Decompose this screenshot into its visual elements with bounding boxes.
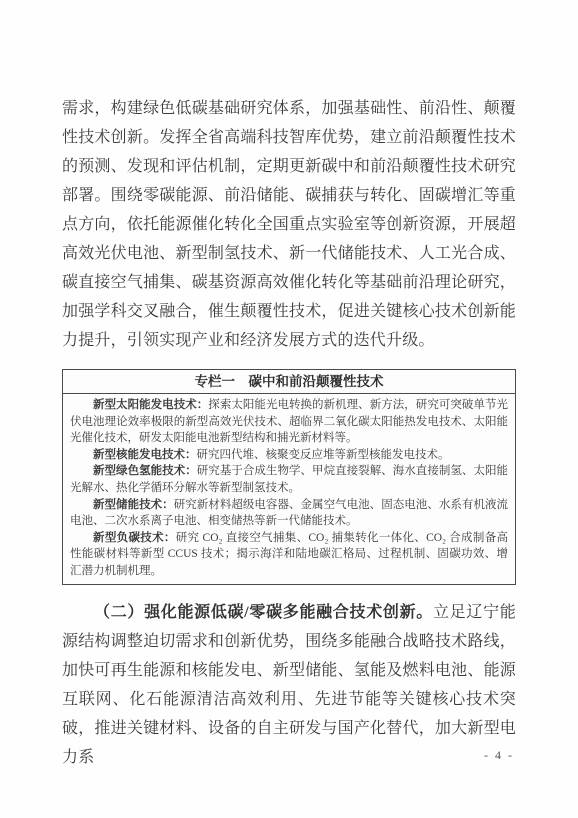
column-box-item-text: 研究四代堆、核聚变反应堆等新型核能发电技术。 — [197, 449, 450, 461]
page-content: 需求，构建绿色低碳基础研究体系，加强基础性、前沿性、颠覆性技术创新。发挥全省高端… — [62, 94, 516, 772]
paragraph-energy-fusion: （二）强化能源低碳/零碳多能融合技术创新。立足辽宁能源结构调整迫切需求和创新优势… — [62, 598, 516, 772]
page-number: - 4 - — [484, 748, 514, 763]
section-body-text: 立足辽宁能源结构调整迫切需求和创新优势，围绕多能融合战略技术路线，加快可再生能源… — [62, 604, 516, 766]
column-box-body: 新型太阳能发电技术：探索太阳能光电转换的新机理、新方法，研究可突破单节光伏电池理… — [63, 394, 515, 584]
column-box-item: 新型负碳技术：研究 CO₂ 直接空气捕集、CO₂ 捕集转化一体化、CO₂ 合成制… — [70, 530, 508, 580]
column-box-item: 新型核能发电技术：研究四代堆、核聚变反应堆等新型核能发电技术。 — [70, 447, 508, 464]
paragraph-green-lowcarbon-research: 需求，构建绿色低碳基础研究体系，加强基础性、前沿性、颠覆性技术创新。发挥全省高端… — [62, 94, 516, 355]
column-box-item-label: 新型绿色氢能技术： — [93, 465, 197, 477]
column-box: 专栏一 碳中和前沿颠覆性技术 新型太阳能发电技术：探索太阳能光电转换的新机理、新… — [62, 369, 516, 585]
column-box-item-label: 新型太阳能发电技术： — [93, 399, 208, 411]
document-page: 需求，构建绿色低碳基础研究体系，加强基础性、前沿性、颠覆性技术创新。发挥全省高端… — [0, 0, 578, 818]
column-box-item-label: 新型核能发电技术： — [93, 449, 197, 461]
column-box-item: 新型绿色氢能技术：研究基于合成生物学、甲烷直接裂解、海水直接制氢、太阳能光解水、… — [70, 463, 508, 496]
column-box-title: 专栏一 碳中和前沿颠覆性技术 — [63, 370, 515, 394]
column-box-item-label: 新型储能技术： — [93, 499, 174, 511]
section-heading: （二）强化能源低碳/零碳多能融合技术创新。 — [94, 604, 433, 621]
column-box-item-label: 新型负碳技术： — [93, 532, 176, 544]
column-box-item: 新型储能技术：研究新材料超级电容器、金属空气电池、固态电池、水系有机液流电池、二… — [70, 497, 508, 530]
column-box-item: 新型太阳能发电技术：探索太阳能光电转换的新机理、新方法，研究可突破单节光伏电池理… — [70, 397, 508, 447]
